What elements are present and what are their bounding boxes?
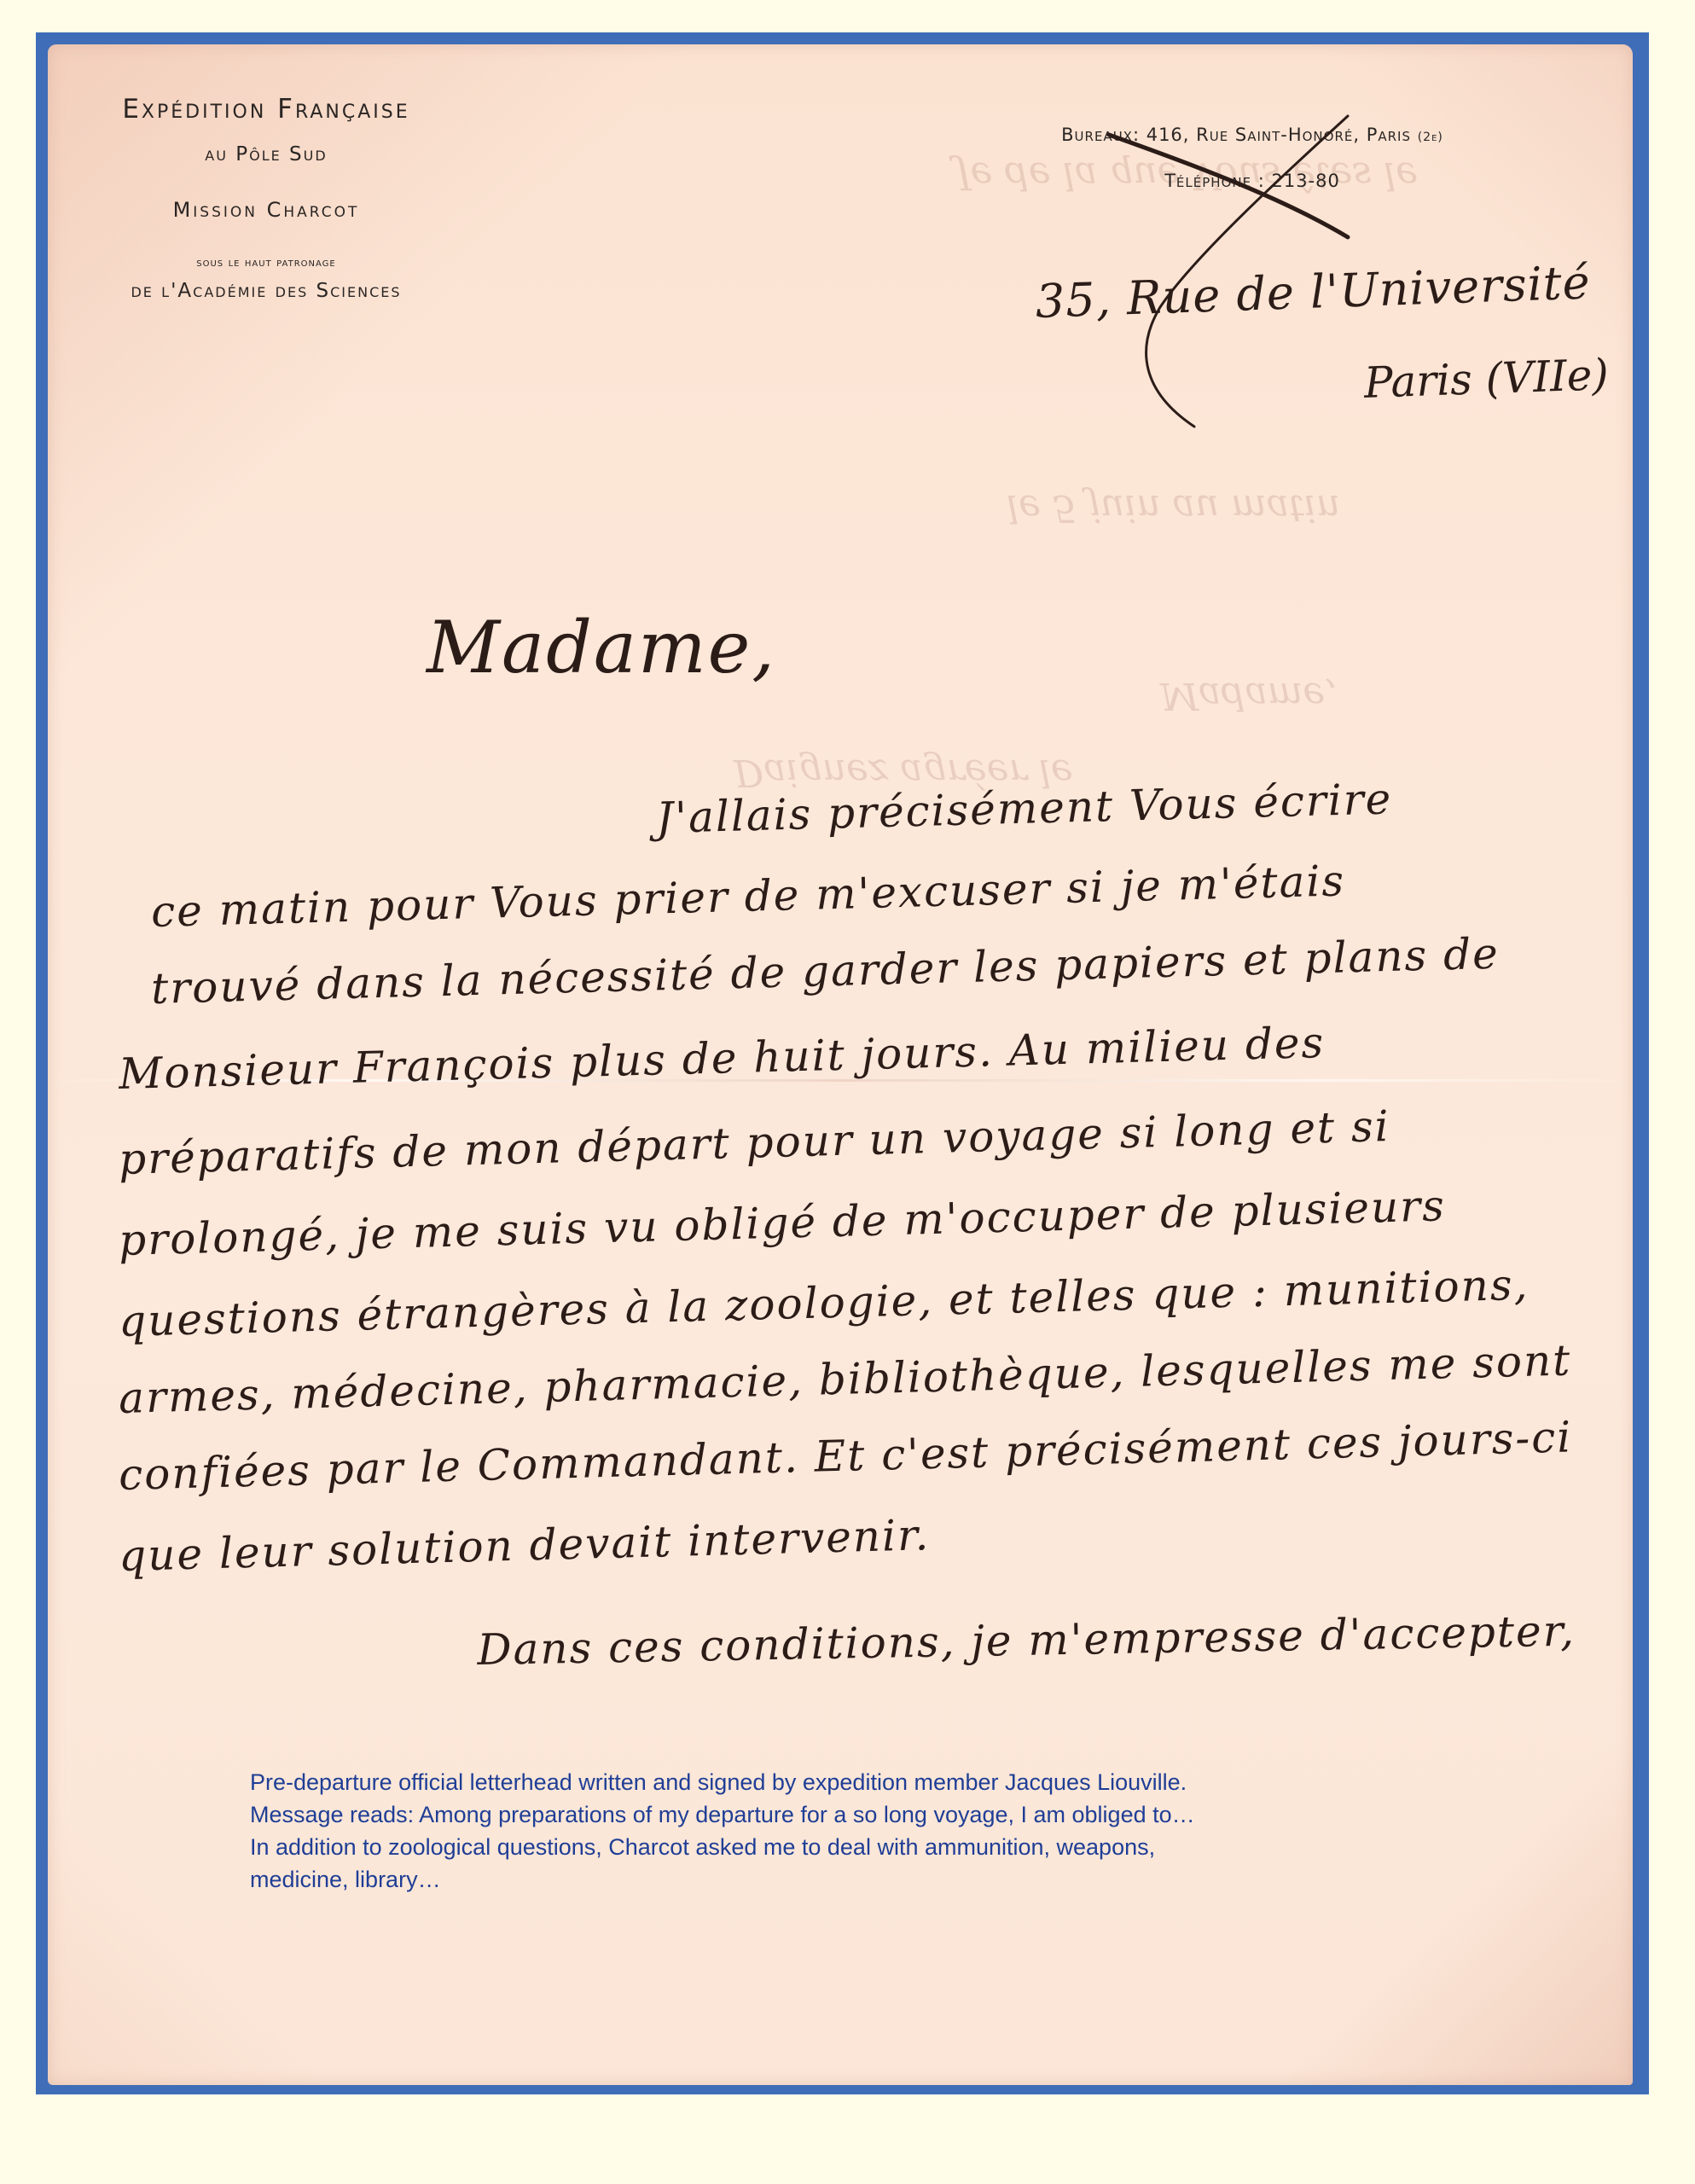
letterhead-mission: Mission Charcot — [61, 198, 471, 222]
handwritten-city: Paris (VIIe) — [1363, 350, 1610, 408]
office-address: Bureaux: 416, Rue Saint-Honoré, Paris (2… — [996, 125, 1508, 145]
caption-line: medicine, library… — [250, 1863, 1487, 1896]
office-street: : 416, Rue Saint-Honoré, Paris — [1133, 125, 1411, 145]
caption-line: Message reads: Among preparations of my … — [250, 1798, 1487, 1831]
caption-line: In addition to zoological questions, Cha… — [250, 1831, 1487, 1863]
caption-line: Pre-departure official letterhead writte… — [250, 1766, 1487, 1798]
exhibit-caption: Pre-departure official letterhead writte… — [250, 1766, 1487, 1896]
office-label: Bureaux — [1061, 125, 1133, 145]
office-telephone: Téléphone : 213-80 — [996, 171, 1508, 191]
letterhead-office-block: Bureaux: 416, Rue Saint-Honoré, Paris (2… — [996, 125, 1508, 191]
bleed-through-text: le 5 juin au matin — [1007, 486, 1340, 530]
letterhead-academie: de l'Académie des Sciences — [61, 280, 471, 302]
letter-salutation: Madame, — [427, 606, 776, 689]
letterhead-patronage: sous le haut patronage — [61, 256, 471, 270]
letterhead-subtitle: au Pôle Sud — [61, 143, 471, 166]
letterhead-block: Expédition Française au Pôle Sud Mission… — [61, 94, 471, 302]
bleed-through-text: Madame, — [1160, 674, 1337, 717]
letterhead-title: Expédition Française — [61, 94, 471, 125]
office-arrondissement: (2e) — [1418, 131, 1443, 144]
